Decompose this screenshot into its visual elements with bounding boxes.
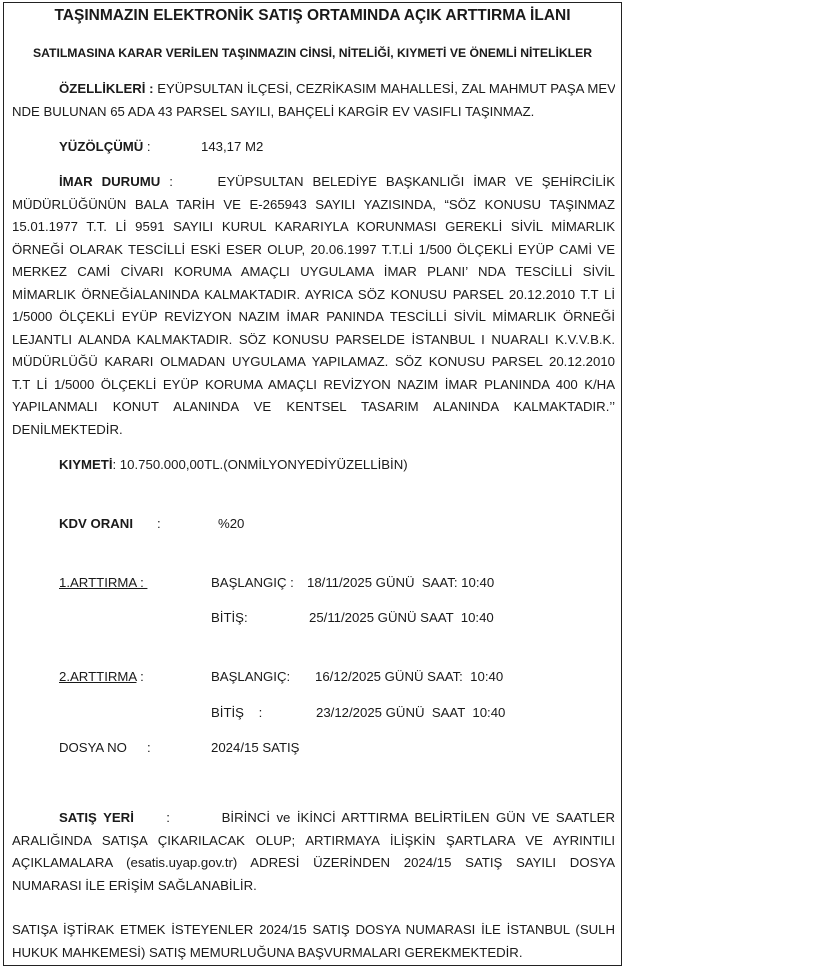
satis-yeri-label: SATIŞ YERİ (59, 810, 134, 825)
kiymeti-row: KIYMETİ: 10.750.000,00TL.(ONMİLYONYEDİYÜ… (59, 457, 408, 473)
arttirma-1-end-label: BİTİŞ: (211, 610, 248, 626)
yuzolcumu-value: 143,17 M2 (201, 139, 263, 155)
imar-line: MİMARLIK ÖRNEĞİALANINDA KALMAKTADIR. AYR… (12, 284, 615, 307)
document-subtitle: SATILMASINA KARAR VERİLEN TAŞINMAZIN CİN… (4, 45, 621, 61)
imar-line: MERKEZ CAMİ CİVARI KORUMA AMAÇLI UYGULAM… (12, 261, 615, 284)
imar-durumu-section: İMAR DURUMU : EYÜPSULTAN BELEDİYE BAŞKAN… (12, 171, 615, 441)
istirak-section: SATIŞA İŞTİRAK ETMEK İSTEYENLER 2024/15 … (12, 919, 615, 964)
ozellikleri-line-1: ÖZELLİKLERİ : EYÜPSULTAN İLÇESİ, CEZRİKA… (12, 78, 615, 101)
kdv-label: KDV ORANI (59, 516, 133, 532)
dosya-no-value: 2024/15 SATIŞ (211, 740, 299, 756)
arttirma-1-start-value: 18/11/2025 GÜNÜ SAAT: 10:40 (307, 575, 494, 591)
kiymeti-label: KIYMETİ (59, 457, 112, 472)
auction-notice-page: TAŞINMAZIN ELEKTRONİK SATIŞ ORTAMINDA AÇ… (3, 2, 622, 966)
ozellikleri-line-2: NDE BULUNAN 65 ADA 43 PARSEL SAYILI, BAH… (12, 101, 615, 124)
arttirma-2-end-value: 23/12/2025 GÜNÜ SAAT 10:40 (316, 705, 505, 721)
kdv-colon: : (157, 516, 161, 532)
dosya-no-label: DOSYA NO (59, 740, 127, 756)
satis-yeri-line: NUMARASI İLE ERİŞİM SAĞLANABİLİR. (12, 875, 615, 898)
arttirma-2-label: 2.ARTTIRMA (59, 669, 136, 684)
dosya-no-colon: : (147, 740, 151, 756)
arttirma-2-label-row: 2.ARTTIRMA : (59, 669, 144, 685)
satis-yeri-line-1: SATIŞ YERİ : BİRİNCİ ve İKİNCİ ARTTIRMA … (12, 807, 615, 830)
satis-yeri-line: ARALIĞINDA SATIŞA ÇIKARILACAK OLUP; ARTI… (12, 830, 615, 853)
istirak-line: SATIŞA İŞTİRAK ETMEK İSTEYENLER 2024/15 … (12, 919, 615, 942)
imar-line: MÜDÜRLÜĞÜ KARARI OLMADAN UYGULAMA YAPILA… (12, 351, 615, 374)
imar-line: MÜDÜRLÜĞÜNÜN BALA TARİH VE E-265943 SAYI… (12, 194, 615, 217)
istirak-line: HUKUK MAHKEMESİ) SATIŞ MEMURLUĞUNA BAŞVU… (12, 942, 615, 965)
yuzolcumu-colon: : (147, 139, 151, 154)
yuzolcumu-row: YÜZÖLÇÜMÜ : (59, 139, 151, 155)
imar-line: 15.01.1977 T.T. Lİ 9591 SAYILI KURUL KAR… (12, 216, 615, 239)
document-title: TAŞINMAZIN ELEKTRONİK SATIŞ ORTAMINDA AÇ… (4, 8, 621, 24)
arttirma-1-start-label: BAŞLANGIÇ : (211, 575, 294, 591)
yuzolcumu-label: YÜZÖLÇÜMÜ (59, 139, 143, 154)
kdv-value: %20 (218, 516, 244, 532)
imar-line: YAPILANMALI KONUT ALANINDA VE KENTSEL TA… (12, 396, 615, 419)
arttirma-1-end-value: 25/11/2025 GÜNÜ SAAT 10:40 (309, 610, 494, 626)
arttirma-2-start-label: BAŞLANGIÇ: (211, 669, 290, 685)
imar-line: T.T Lİ 1/5000 ÖLÇEKLİ EYÜP KORUMA AMAÇLI… (12, 374, 615, 397)
ozellikleri-label: ÖZELLİKLERİ : (59, 81, 154, 96)
kiymeti-value: : 10.750.000,00TL.(ONMİLYONYEDİYÜZELLİBİ… (112, 457, 407, 472)
satis-yeri-line: AÇIKLAMALARA (esatis.uyap.gov.tr) ADRESİ… (12, 852, 615, 875)
arttirma-2-end-label: BİTİŞ : (211, 705, 262, 721)
arttirma-1-label: 1.ARTTIRMA : (59, 575, 147, 591)
ozellikleri-section: ÖZELLİKLERİ : EYÜPSULTAN İLÇESİ, CEZRİKA… (12, 78, 615, 123)
imar-durumu-label: İMAR DURUMU (59, 174, 160, 189)
arttirma-2-start-value: 16/12/2025 GÜNÜ SAAT: 10:40 (315, 669, 503, 685)
imar-line: ÖRNEĞİ OLARAK TESCİLLİ ESKİ ESER OLUP, 2… (12, 239, 615, 262)
imar-line-1: İMAR DURUMU : EYÜPSULTAN BELEDİYE BAŞKAN… (12, 171, 615, 194)
satis-yeri-section: SATIŞ YERİ : BİRİNCİ ve İKİNCİ ARTTIRMA … (12, 807, 615, 897)
imar-line: LEJANTLI ALANDA KALMAKTADIR. SÖZ KONUSU … (12, 329, 615, 352)
imar-line: DENİLMEKTEDİR. (12, 419, 615, 442)
imar-line: 1/5000 ÖLÇEKLİ EYÜP REVİZYON NAZIM İMAR … (12, 306, 615, 329)
